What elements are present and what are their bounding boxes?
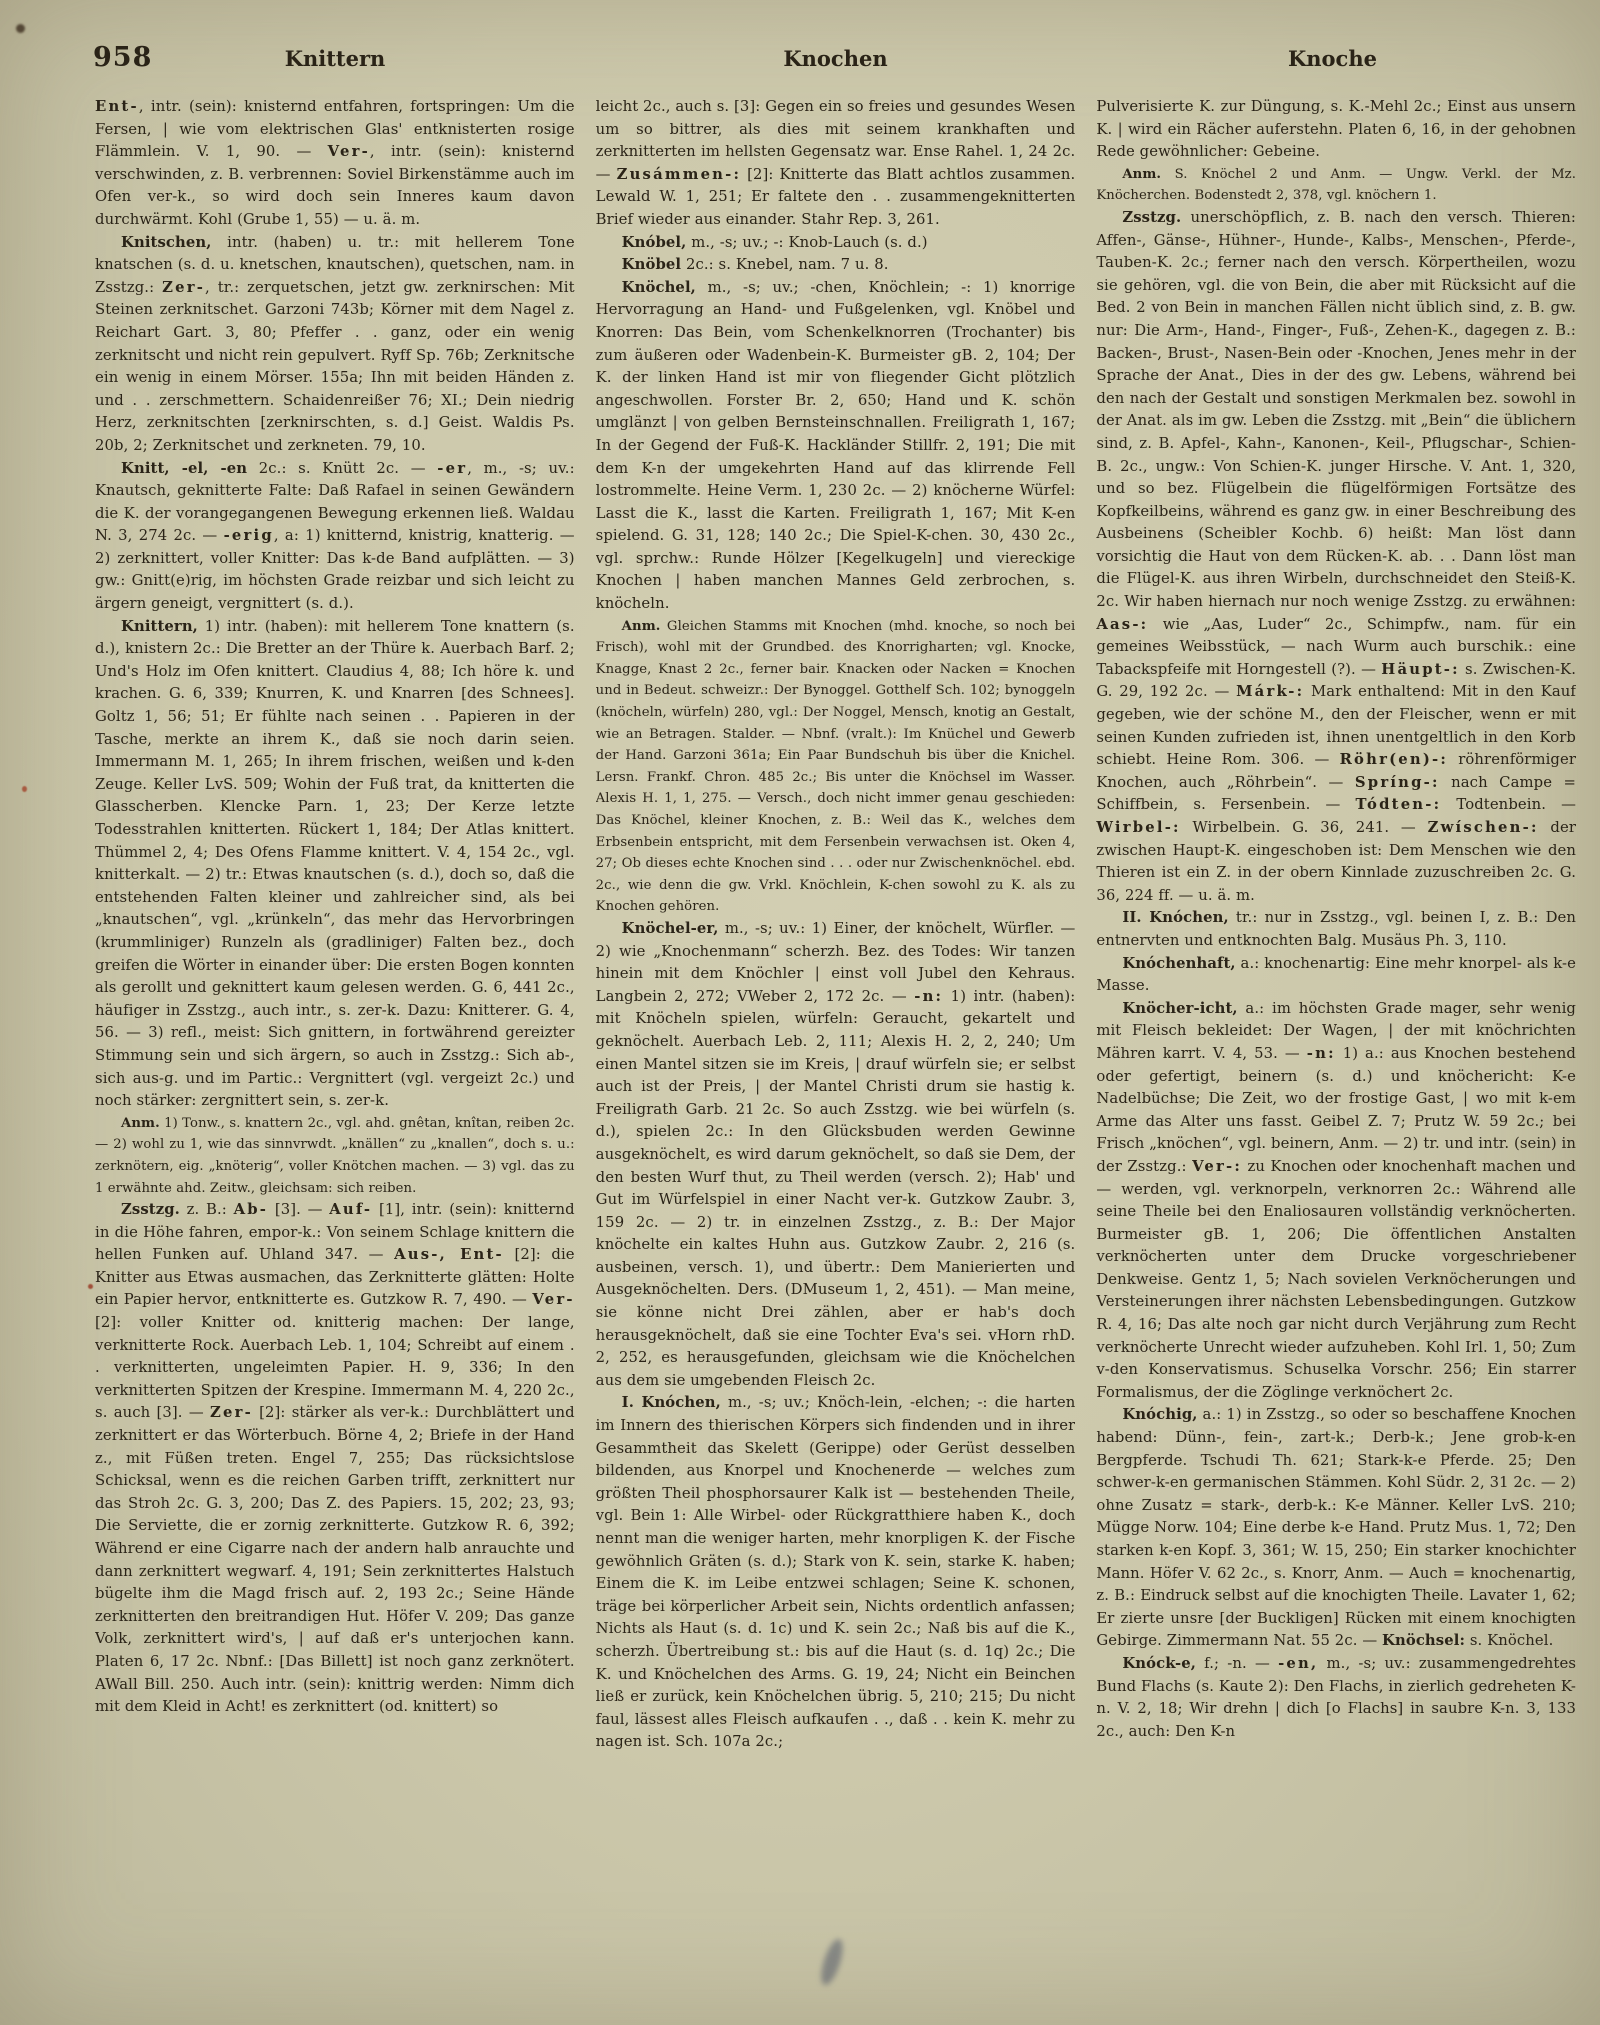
headword: Knitt, -el, -en bbox=[121, 460, 247, 477]
dictionary-page-scan: 958 Knittern Knochen Knoche Ent-, intr. … bbox=[0, 0, 1600, 2025]
body-text: 1) intr. (haben): mit Knöcheln spielen, … bbox=[596, 988, 1076, 1389]
body-text: 2c.: s. Knütt 2c. — bbox=[247, 460, 437, 477]
dictionary-paragraph: Knöchel-er, m., -s; uv.: 1) Einer, der k… bbox=[596, 918, 1076, 1392]
headword: Zer- bbox=[210, 1404, 253, 1421]
body-text: 1) intr. (haben): mit hellerem Tone knat… bbox=[95, 618, 575, 1109]
headword: Knitschen, bbox=[121, 234, 212, 251]
headword: -n: bbox=[914, 988, 943, 1005]
body-text: zu Knochen oder knochenhaft machen und —… bbox=[1096, 1158, 1576, 1401]
headword: Knóchenhaft, bbox=[1122, 955, 1235, 972]
dictionary-paragraph: I. Knóchen, m., -s; uv.; Knöch-lein, -el… bbox=[596, 1392, 1076, 1754]
dictionary-paragraph: Knóchig, a.: 1) in Zsstzg., so oder so b… bbox=[1096, 1404, 1576, 1653]
body-text: 1) Tonw., s. knattern 2c., vgl. ahd. gnê… bbox=[95, 1116, 575, 1196]
paper-speck bbox=[22, 786, 27, 792]
headword: -erig bbox=[224, 527, 274, 544]
headword: Zusámmen-: bbox=[617, 166, 742, 183]
body-text: [3]. — bbox=[268, 1201, 329, 1218]
body-text: [2]: stärker als ver-k.: Durchblättert u… bbox=[95, 1404, 575, 1715]
headword: Knöchsel: bbox=[1382, 1632, 1465, 1649]
headword: Knóbel, bbox=[622, 234, 687, 251]
dictionary-paragraph: Knöbel 2c.: s. Knebel, nam. 7 u. 8. bbox=[596, 254, 1076, 277]
headword: Auf- bbox=[329, 1201, 372, 1218]
body-text: a.: 1) in Zsstzg., so oder so beschaffen… bbox=[1096, 1406, 1576, 1649]
headword: Röhr(en)-: bbox=[1340, 751, 1449, 768]
dictionary-paragraph: Knittern, 1) intr. (haben): mit hellerem… bbox=[95, 616, 575, 1113]
dictionary-paragraph: Knöcher-icht, a.: im höchsten Grade mage… bbox=[1096, 998, 1576, 1405]
dictionary-paragraph: Anm. 1) Tonw., s. knattern 2c., vgl. ahd… bbox=[95, 1113, 575, 1199]
headword: Häupt-: bbox=[1381, 661, 1460, 678]
body-text: Todtenbein. — bbox=[1441, 796, 1576, 813]
headword: Ab- bbox=[234, 1201, 269, 1218]
body-text: m., -s; uv.; -chen, Knöchlein; -: 1) kno… bbox=[596, 279, 1076, 612]
headword: Knóchig, bbox=[1122, 1406, 1197, 1423]
body-text: s. Knöchel. bbox=[1465, 1632, 1553, 1649]
dictionary-paragraph: leicht 2c., auch s. [3]: Gegen ein so fr… bbox=[596, 96, 1076, 232]
headword: Márk-: bbox=[1236, 683, 1304, 700]
dictionary-paragraph: Anm. Gleichen Stamms mit Knochen (mhd. k… bbox=[596, 616, 1076, 918]
headword: Spríng-: bbox=[1355, 774, 1440, 791]
body-text: Pulverisierte K. zur Düngung, s. K.-Mehl… bbox=[1096, 98, 1576, 160]
headword: Anm. bbox=[1122, 167, 1161, 182]
body-text: z. B.: bbox=[180, 1201, 234, 1218]
headword: Tódten-: bbox=[1356, 796, 1442, 813]
headword: Knöbel bbox=[622, 256, 681, 273]
headword: Anm. bbox=[622, 619, 661, 634]
dictionary-paragraph: Knóchenhaft, a.: knochenartig: Eine mehr… bbox=[1096, 953, 1576, 998]
dictionary-paragraph: Knitschen, intr. (haben) u. tr.: mit hel… bbox=[95, 232, 575, 458]
headword: Knöchel, bbox=[622, 279, 696, 296]
headword: -en, bbox=[1278, 1655, 1318, 1672]
body-text: Gleichen Stamms mit Knochen (mhd. knoche… bbox=[596, 619, 1076, 915]
headword: Ver-: bbox=[1192, 1158, 1242, 1175]
dictionary-paragraph: Zsstzg. unerschöpflich, z. B. nach den v… bbox=[1096, 207, 1576, 907]
headword: Zsstzg. bbox=[121, 1201, 180, 1218]
headword: Ver- bbox=[532, 1291, 574, 1308]
headword: Knóck-e, bbox=[1122, 1655, 1196, 1672]
headword: Ent- bbox=[95, 98, 139, 115]
body-text: f.; -n. — bbox=[1196, 1655, 1278, 1672]
running-head-column-2: Knochen bbox=[593, 46, 1078, 71]
headword: II. Knóchen, bbox=[1122, 909, 1228, 926]
dictionary-paragraph: Pulverisierte K. zur Düngung, s. K.-Mehl… bbox=[1096, 96, 1576, 164]
dictionary-paragraph: Zsstzg. z. B.: Ab- [3]. — Auf- [1], intr… bbox=[95, 1199, 575, 1719]
paper-speck bbox=[88, 1284, 93, 1289]
headword: -n: bbox=[1307, 1045, 1336, 1062]
headword: Wirbel-: bbox=[1096, 819, 1180, 836]
body-text: S. Knöchel 2 und Anm. — Ungw. Verkl. der… bbox=[1096, 167, 1576, 204]
body-text: m., -s; uv.; Knöch-lein, -elchen; -: die… bbox=[596, 1394, 1076, 1750]
paper-speck bbox=[16, 24, 25, 33]
column-3: Pulverisierte K. zur Düngung, s. K.-Mehl… bbox=[1096, 96, 1576, 1950]
text-columns: Ent-, intr. (sein): knisternd entfahren,… bbox=[95, 96, 1576, 1950]
dictionary-paragraph: Knóbel, m., -s; uv.; -: Knob-Lauch (s. d… bbox=[596, 232, 1076, 255]
headword: Zsstzg. bbox=[1122, 209, 1181, 226]
body-text: Wirbelbein. G. 36, 241. — bbox=[1181, 819, 1428, 836]
headword: Zer- bbox=[162, 279, 205, 296]
headword: Knöchel-er, bbox=[622, 920, 719, 937]
running-head-column-1: Knittern bbox=[95, 46, 575, 71]
body-text: m., -s; uv.; -: Knob-Lauch (s. d.) bbox=[686, 234, 927, 251]
dictionary-paragraph: II. Knóchen, tr.: nur in Zsstzg., vgl. b… bbox=[1096, 907, 1576, 952]
column-2: leicht 2c., auch s. [3]: Gegen ein so fr… bbox=[596, 96, 1076, 1950]
headword: Knöcher-icht, bbox=[1122, 1000, 1237, 1017]
body-text: 2c.: s. Knebel, nam. 7 u. 8. bbox=[681, 256, 888, 273]
body-text: 1) a.: aus Knochen bestehend oder gefert… bbox=[1096, 1045, 1576, 1175]
dictionary-paragraph: Knóck-e, f.; -n. — -en, m., -s; uv.: zus… bbox=[1096, 1653, 1576, 1743]
headword: -er bbox=[437, 460, 467, 477]
dictionary-paragraph: Knöchel, m., -s; uv.; -chen, Knöchlein; … bbox=[596, 277, 1076, 616]
headword: Ver- bbox=[328, 143, 370, 160]
body-text: , tr.: zerquetschen, jetzt gw. zerknirsc… bbox=[95, 279, 575, 454]
running-head-column-3: Knoche bbox=[1090, 46, 1575, 71]
headword: Aas-: bbox=[1096, 616, 1148, 633]
headword: Knittern, bbox=[121, 618, 198, 635]
dictionary-paragraph: Ent-, intr. (sein): knisternd entfahren,… bbox=[95, 96, 575, 232]
column-1: Ent-, intr. (sein): knisternd entfahren,… bbox=[95, 96, 575, 1950]
headword: Zwíschen-: bbox=[1428, 819, 1539, 836]
dictionary-paragraph: Anm. S. Knöchel 2 und Anm. — Ungw. Verkl… bbox=[1096, 164, 1576, 207]
headword: Aus-, Ent- bbox=[394, 1246, 504, 1263]
headword: Anm. bbox=[121, 1116, 160, 1131]
body-text: unerschöpflich, z. B. nach den versch. T… bbox=[1096, 209, 1576, 610]
dictionary-paragraph: Knitt, -el, -en 2c.: s. Knütt 2c. — -er,… bbox=[95, 458, 575, 616]
running-head: 958 Knittern Knochen Knoche bbox=[0, 42, 1600, 76]
headword: I. Knóchen, bbox=[622, 1394, 721, 1411]
